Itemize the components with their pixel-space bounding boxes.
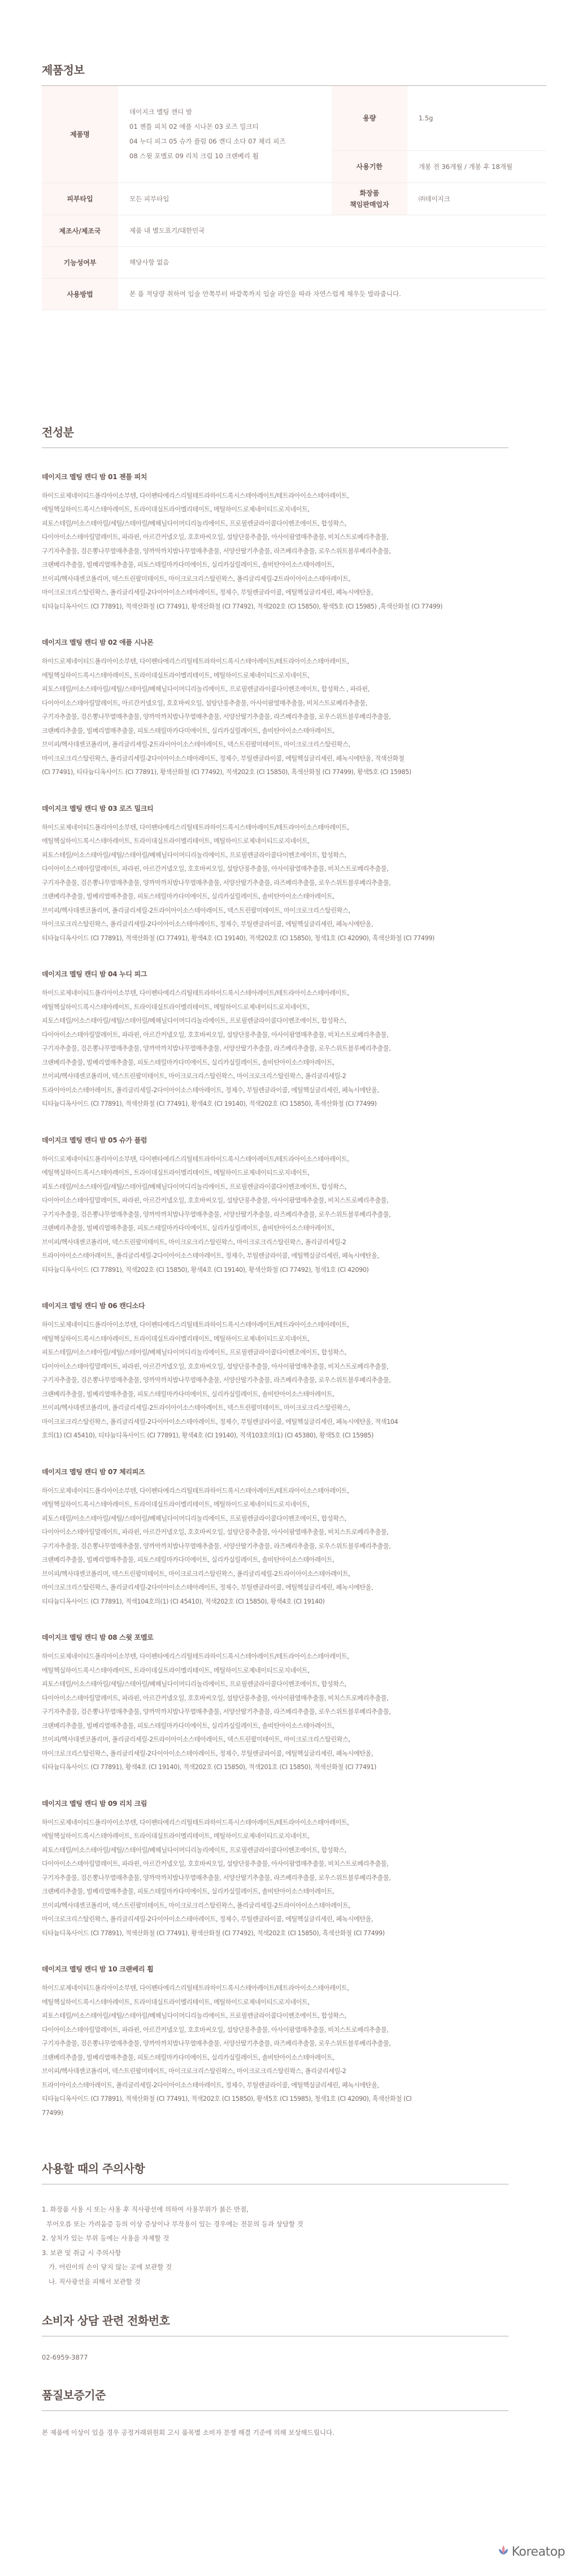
- ingredient-line: 다이아이소스테아릴말레이트, 파라핀, 아르간커넬오일, 호호바씨오일, 설탕단…: [42, 1857, 528, 1871]
- ingredient-line: 피토스테릴/이소스테아릴/세틸/스테아릴/베헤닐다이머디리놀리에이트, 프로필렌…: [42, 1346, 528, 1360]
- ingredient-list: 하이드로제네이티드폴리아이소부텐, 다이펜타에리스리틸테트라하이드록시스테아레이…: [42, 1484, 528, 1609]
- shade-name: 데이지크 멜팅 캔디 밤 01 젠틀 피치: [42, 472, 523, 481]
- ingredient-list: 하이드로제네이티드폴리아이소부텐, 다이펜타에리스리틸테트라하이드록시스테아레이…: [42, 655, 528, 780]
- caution-item: 가. 어린이의 손이 닿지 않는 곳에 보관할 것: [42, 2260, 523, 2275]
- shade-name: 데이지크 멜팅 캔디 밤 07 체리피즈: [42, 1467, 523, 1476]
- product-name-line: 01 젠틀 피치 02 애플 시나몬 03 로즈 밀크티: [129, 119, 320, 134]
- ingredient-line: 티타늄디옥사이드 (CI 77891), 황색4호 (CI 19140), 적색…: [42, 1761, 528, 1775]
- ingredient-line: 티타늄디옥사이드 (CI 77891), 적색산화철 (CI 77491), 황…: [42, 600, 528, 614]
- ingredient-line: 피토스테릴/이소스테아릴/세틸/스테아릴/베헤닐다이머디리놀리에이트, 프로필렌…: [42, 849, 528, 863]
- ingredient-line: 브이피/헥사데센코폴리머, 폴리글리세릴-2트라이아이소스테아레이트, 덱스트린…: [42, 904, 528, 918]
- volume-label: 용량: [332, 86, 407, 150]
- usage-value: 본 품 적당량 취하여 입술 안쪽부터 바깥쪽까지 입술 라인을 따라 자연스럽…: [118, 278, 546, 310]
- ingredient-line: 에틸헥실하이드록시스테아레이트, 트라이데실트라이멜리테이트, 메틸하이드로제네…: [42, 1830, 528, 1844]
- ingredient-line: 77499): [42, 2106, 528, 2121]
- product-name-value: 데이지크 멜팅 캔디 밤 01 젠틀 피치 02 애플 시나몬 03 로즈 밀크…: [118, 86, 332, 183]
- expiry-label: 사용기한: [332, 150, 407, 183]
- ingredient-line: 하이드로제네이티드폴리아이소부텐, 다이펜타에리스리틸테트라하이드록시스테아레이…: [42, 489, 528, 503]
- ingredient-line: 호의(1) (CI 45410), 티타늄디옥사이드 (CI 77891), 황…: [42, 1429, 528, 1443]
- ingredient-line: 구기자추출물, 검은뽕나무열매추출물, 양까막까치밥나무열매추출물, 서양산딸기…: [42, 710, 528, 724]
- seller-label-line: 책임판매업자: [332, 199, 407, 210]
- ingredient-line: 트라이아이소스테아레이트, 폴리글리세릴-2다이아이소스테아레이트, 정제수, …: [42, 1249, 528, 1263]
- skin-type-label: 피부타입: [42, 183, 118, 215]
- ingredient-line: 다이아이소스테아릴말레이트, 파라핀, 아르간커넬오일, 호호바씨오일, 설탕단…: [42, 2023, 528, 2038]
- ingredient-list: 하이드로제네이티드폴리아이소부텐, 다이펜타에리스리틸테트라하이드록시스테아레이…: [42, 987, 528, 1111]
- ingredient-line: 마이크로크리스탈린왁스, 폴리글리세릴-2다이아이소스테아레이트, 정제수, 부…: [42, 1747, 528, 1761]
- functional-value: 해당사항 없음: [118, 246, 546, 278]
- ingredient-line: 피토스테릴/이소스테아릴/세틸/스테아릴/베헤닐다이머디리놀리에이트, 프로필렌…: [42, 1014, 528, 1028]
- ingredient-line: 크랜베리추출물, 빌베리열매추출물, 피토스테릴마카다미에이트, 실리카실릴레이…: [42, 890, 528, 904]
- ingredient-line: 피토스테릴/이소스테아릴/세틸/스테아릴/베헤닐다이머디리놀리에이트, 프로필렌…: [42, 517, 528, 531]
- seller-value: ㈜데이지크: [407, 183, 546, 215]
- ingredient-line: 에틸헥실하이드록시스테아레이트, 트라이데실트라이멜리테이트, 메틸하이드로제네…: [42, 1166, 528, 1180]
- ingredient-line: 구기자추출물, 검은뽕나무열매추출물, 양까막까치밥나무열매추출물, 서양산딸기…: [42, 545, 528, 559]
- ingredient-line: 크랜베리추출물, 빌베리열매추출물, 피토스테릴마카다미에이트, 실리카실릴레이…: [42, 2051, 528, 2065]
- shade-ingredients: 데이지크 멜팅 캔디 밤 10 크랜베리 휩하이드로제네이티드폴리아이소부텐, …: [42, 1964, 523, 2120]
- ingredient-line: 하이드로제네이티드폴리아이소부텐, 다이펜타에리스리틸테트라하이드록시스테아레이…: [42, 987, 528, 1001]
- ingredient-line: 크랜베리추출물, 빌베리열매추출물, 피토스테릴마카다미에이트, 실리카실릴레이…: [42, 558, 528, 572]
- ingredient-list: 하이드로제네이티드폴리아이소부텐, 다이펜타에리스리틸테트라하이드록시스테아레이…: [42, 489, 528, 614]
- product-name-line: 08 스윗 포멜로 09 리치 크림 10 크랜베리 휩: [129, 149, 320, 163]
- ingredient-line: 티타늄디옥사이드 (CI 77891), 적색202호 (CI 15850), …: [42, 1263, 528, 1278]
- ingredient-line: 브이피/헥사데센코폴리머, 덱스트린팔미테이트, 마이크로크리스탈린왁스, 마이…: [42, 1236, 528, 1250]
- product-info-section: 제품정보 제품명 데이지크 멜팅 캔디 밤 01 젠틀 피치 02 애플 시나몬…: [42, 61, 523, 310]
- shade-ingredients: 데이지크 멜팅 캔디 밤 04 누디 피그하이드로제네이티드폴리아이소부텐, 다…: [42, 969, 523, 1111]
- ingredient-line: 에틸헥실하이드록시스테아레이트, 트라이데실트라이멜리테이트, 메틸하이드로제네…: [42, 1664, 528, 1678]
- ingredient-line: 브이피/헥사데센코폴리머, 덱스트린팔미테이트, 마이크로크리스탈린왁스, 마이…: [42, 1070, 528, 1084]
- ingredient-line: 다이아이소스테아릴말레이트, 파라핀, 아르간커넬오일, 호호바씨오일, 설탕단…: [42, 862, 528, 876]
- caution-item: 2. 상처가 있는 부위 등에는 사용을 자제할 것: [42, 2231, 523, 2246]
- seller-label: 화장품 책임판매업자: [332, 183, 407, 215]
- ingredient-list: 하이드로제네이티드폴리아이소부텐, 다이펜타에리스리틸테트라하이드록시스테아레이…: [42, 1816, 528, 1941]
- product-name-label: 제품명: [42, 86, 118, 183]
- ingredient-list: 하이드로제네이티드폴리아이소부텐, 다이펜타에리스리틸테트라하이드록시스테아레이…: [42, 1650, 528, 1775]
- ingredient-line: 피토스테릴/이소스테아릴/세틸/스테아릴/베헤닐다이머디리놀리에이트, 프로필렌…: [42, 1844, 528, 1858]
- ingredient-list: 하이드로제네이티드폴리아이소부텐, 다이펜타에리스리틸테트라하이드록시스테아레이…: [42, 1318, 528, 1443]
- contact-phone: 02-6959-3877: [42, 2353, 523, 2361]
- shade-name: 데이지크 멜팅 캔디 밤 10 크랜베리 휩: [42, 1964, 523, 1974]
- ingredient-line: 피토스테릴/이소스테아릴/세틸/스테아릴/베헤닐다이머디리놀리에이트, 프로필렌…: [42, 1678, 528, 1692]
- expiry-value: 개봉 전 36개월 / 개봉 후 18개월: [407, 150, 546, 183]
- ingredient-list: 하이드로제네이티드폴리아이소부텐, 다이펜타에리스리틸테트라하이드록시스테아레이…: [42, 821, 528, 946]
- koreatop-watermark: Koreatop: [497, 2544, 565, 2559]
- shade-ingredients: 데이지크 멜팅 캔디 밤 06 캔디소다하이드로제네이티드폴리아이소부텐, 다이…: [42, 1301, 523, 1443]
- ingredient-line: 브이피/헥사데센코폴리머, 덱스트린팔미테이트, 마이크로크리스탈린왁스, 마이…: [42, 2065, 528, 2079]
- usage-label: 사용방법: [42, 278, 118, 310]
- ingredient-line: 에틸헥실하이드록시스테아레이트, 트라이데실트라이멜리테이트, 메틸하이드로제네…: [42, 503, 528, 517]
- ingredient-line: 피토스테릴/이소스테아릴/세틸/스테아릴/베헤닐다이머디리놀리에이트, 프로필렌…: [42, 1180, 528, 1194]
- ingredient-line: 다이아이소스테아릴말레이트, 파라핀, 아르간커넬오일, 호호바씨오일, 설탕단…: [42, 1028, 528, 1042]
- ingredient-line: 다이아이소스테아릴말레이트, 파라핀, 아르간커넬오일, 호호바씨오일, 설탕단…: [42, 1194, 528, 1208]
- shade-name: 데이지크 멜팅 캔디 밤 05 슈가 플럼: [42, 1135, 523, 1145]
- lotus-icon: [497, 2544, 510, 2559]
- ingredient-line: 에틸헥실하이드록시스테아레이트, 트라이데실트라이멜리테이트, 메틸하이드로제네…: [42, 1996, 528, 2010]
- ingredient-line: 피토스테릴/이소스테아릴/세틸/스테아릴/베헤닐다이머디리놀리에이트, 프로필렌…: [42, 2009, 528, 2023]
- shade-ingredients: 데이지크 멜팅 캔디 밤 05 슈가 플럼하이드로제네이티드폴리아이소부텐, 다…: [42, 1135, 523, 1278]
- skin-type-value: 모든 피부타입: [118, 183, 332, 215]
- ingredient-line: 하이드로제네이티드폴리아이소부텐, 다이펜타에리스리틸테트라하이드록시스테아레이…: [42, 1318, 528, 1332]
- cautions-title: 사용할 때의 주의사항: [42, 2160, 523, 2176]
- ingredient-line: 하이드로제네이티드폴리아이소부텐, 다이펜타에리스리틸테트라하이드록시스테아레이…: [42, 655, 528, 669]
- ingredient-line: 크랜베리추출물, 빌베리열매추출물, 피토스테릴마카다미에이트, 실리카실릴레이…: [42, 1056, 528, 1070]
- divider: [42, 2184, 508, 2184]
- ingredient-line: 하이드로제네이티드폴리아이소부텐, 다이펜타에리스리틸테트라하이드록시스테아레이…: [42, 821, 528, 835]
- shade-ingredients: 데이지크 멜팅 캔디 밤 09 리치 크림하이드로제네이티드폴리아이소부텐, 다…: [42, 1799, 523, 1941]
- shade-list: 데이지크 멜팅 캔디 밤 01 젠틀 피치하이드로제네이티드폴리아이소부텐, 다…: [42, 472, 523, 2121]
- ingredient-line: 브이피/헥사데센코폴리머, 폴리글리세릴-2트라이아이소스테아레이트, 덱스트린…: [42, 1401, 528, 1415]
- ingredient-line: 티타늄디옥사이드 (CI 77891), 적색산화철 (CI 77491), 적…: [42, 2092, 528, 2106]
- ingredient-line: 에틸헥실하이드록시스테아레이트, 트라이데실트라이멜리테이트, 메틸하이드로제네…: [42, 1332, 528, 1346]
- ingredient-line: 구기자추출물, 검은뽕나무열매추출물, 양까막까치밥나무열매추출물, 서양산딸기…: [42, 2037, 528, 2051]
- ingredient-list: 하이드로제네이티드폴리아이소부텐, 다이펜타에리스리틸테트라하이드록시스테아레이…: [42, 1153, 528, 1278]
- ingredient-line: 티타늄디옥사이드 (CI 77891), 적색104호의(1) (CI 4541…: [42, 1595, 528, 1609]
- product-info-title: 제품정보: [42, 61, 523, 77]
- ingredient-line: 다이아이소스테아릴말레이트, 파라핀, 아르간커넬오일, 호호바씨오일, 설탕단…: [42, 531, 528, 545]
- cautions-section: 사용할 때의 주의사항 1. 화장품 사용 시 또는 사용 후 직사광선에 의하…: [42, 2160, 523, 2289]
- ingredient-line: 에틸헥실하이드록시스테아레이트, 트라이데실트라이멜리테이트, 메틸하이드로제네…: [42, 1001, 528, 1015]
- ingredient-line: 구기자추출물, 검은뽕나무열매추출물, 양까막까치밥나무열매추출물, 서양산딸기…: [42, 1540, 528, 1554]
- ingredient-line: 구기자추출물, 검은뽕나무열매추출물, 양까막까치밥나무열매추출물, 서양산딸기…: [42, 1208, 528, 1222]
- ingredient-line: 마이크로크리스탈린왁스, 폴리글리세릴-2다이아이소스테아레이트, 정제수, 부…: [42, 1913, 528, 1927]
- ingredient-line: 트라이아이소스테아레이트, 폴리글리세릴-2다이아이소스테아레이트, 정제수, …: [42, 2079, 528, 2093]
- shade-name: 데이지크 멜팅 캔디 밤 03 로즈 밀크티: [42, 803, 523, 813]
- caution-item: 나. 직사광선을 피해서 보관할 것: [42, 2275, 523, 2290]
- brand-text: Koreatop: [512, 2545, 565, 2559]
- contact-title: 소비자 상담 관련 전화번호: [42, 2312, 523, 2328]
- ingredient-line: 크랜베리추출물, 빌베리열매추출물, 피토스테릴마카다미에이트, 실리카실릴레이…: [42, 1719, 528, 1734]
- ingredient-line: 티타늄디옥사이드 (CI 77891), 적색산화철 (CI 77491), 황…: [42, 1927, 528, 1941]
- ingredient-line: 브이피/헥사데센코폴리머, 덱스트린팔미테이트, 마이크로크리스탈린왁스, 폴리…: [42, 572, 528, 587]
- ingredients-section: 전성분 데이지크 멜팅 캔디 밤 01 젠틀 피치하이드로제네이티드폴리아이소부…: [42, 423, 523, 2121]
- ingredient-line: 구기자추출물, 검은뽕나무열매추출물, 양까막까치밥나무열매추출물, 서양산딸기…: [42, 1705, 528, 1719]
- ingredient-line: 마이크로크리스탈린왁스, 폴리글리세릴-2다이아이소스테아레이트, 정제수, 부…: [42, 1415, 528, 1430]
- ingredient-line: 구기자추출물, 검은뽕나무열매추출물, 양까막까치밥나무열매추출물, 서양산딸기…: [42, 876, 528, 890]
- ingredient-line: 에틸헥실하이드록시스테아레이트, 트라이데실트라이멜리테이트, 메틸하이드로제네…: [42, 669, 528, 683]
- maker-value: 제품 내 별도표기/대한민국: [118, 215, 546, 246]
- ingredient-line: 크랜베리추출물, 빌베리열매추출물, 피토스테릴마카다미에이트, 실리카실릴레이…: [42, 1388, 528, 1402]
- shade-ingredients: 데이지크 멜팅 캔디 밤 02 애플 시나몬하이드로제네이티드폴리아이소부텐, …: [42, 637, 523, 780]
- ingredient-line: 마이크로크리스탈린왁스, 폴리글리세릴-2다이아이소스테아레이트, 정제수, 부…: [42, 752, 528, 766]
- volume-value: 1.5g: [407, 86, 546, 150]
- shade-ingredients: 데이지크 멜팅 캔디 밤 03 로즈 밀크티하이드로제네이티드폴리아이소부텐, …: [42, 803, 523, 946]
- ingredient-line: 크랜베리추출물, 빌베리열매추출물, 피토스테릴마카다미에이트, 실리카실릴레이…: [42, 1222, 528, 1236]
- functional-label: 기능성여부: [42, 246, 118, 278]
- ingredient-line: 다이아이소스테아릴말레이트, 파라핀, 아르간커넬오일, 호호바씨오일, 설탕단…: [42, 1360, 528, 1374]
- ingredient-line: 다이아이소스테아릴말레이트, 파라핀, 아르간커넬오일, 호호바씨오일, 설탕단…: [42, 1526, 528, 1540]
- contact-section: 소비자 상담 관련 전화번호 02-6959-3877: [42, 2312, 523, 2361]
- ingredient-list: 하이드로제네이티드폴리아이소부텐, 다이펜타에리스리틸테트라하이드록시스테아레이…: [42, 1982, 528, 2120]
- ingredient-line: 하이드로제네이티드폴리아이소부텐, 다이펜타에리스리틸테트라하이드록시스테아레이…: [42, 1484, 528, 1498]
- ingredient-line: 마이크로크리스탈린왁스, 폴리글리세릴-2다이아이소스테아레이트, 정제수, 부…: [42, 918, 528, 932]
- ingredient-line: 구기자추출물, 검은뽕나무열매추출물, 양까막까치밥나무열매추출물, 서양산딸기…: [42, 1374, 528, 1388]
- caution-list: 1. 화장품 사용 시 또는 사용 후 직사광선에 의하여 사용부위가 붉은 반…: [42, 2203, 523, 2289]
- ingredient-line: 티타늄디옥사이드 (CI 77891), 적색산화철 (CI 77491), 황…: [42, 1097, 528, 1111]
- shade-ingredients: 데이지크 멜팅 캔디 밤 07 체리피즈하이드로제네이티드폴리아이소부텐, 다이…: [42, 1467, 523, 1609]
- divider: [42, 2336, 508, 2336]
- divider: [42, 448, 508, 448]
- ingredient-line: 다이아이소스테아릴말레이트, 파라핀, 아르간커넬오일, 호호바씨오일, 설탕단…: [42, 1692, 528, 1706]
- ingredient-line: 마이크로크리스탈린왁스, 폴리글리세릴-2다이아이소스테아레이트, 정제수, 부…: [42, 586, 528, 600]
- ingredient-line: 구기자추출물, 검은뽕나무열매추출물, 양까막까치밥나무열매추출물, 서양산딸기…: [42, 1042, 528, 1056]
- ingredient-line: 트라이아이소스테아레이트, 폴리글리세릴-2다이아이소스테아레이트, 정제수, …: [42, 1084, 528, 1098]
- shade-ingredients: 데이지크 멜팅 캔디 밤 01 젠틀 피치하이드로제네이티드폴리아이소부텐, 다…: [42, 472, 523, 614]
- ingredient-line: (CI 77491), 티타늄디옥사이드 (CI 77891), 황색산화철 (…: [42, 766, 528, 780]
- ingredient-line: 브이피/헥사데센코폴리머, 덱스트린팔미테이트, 마이크로크리스탈린왁스, 폴리…: [42, 1899, 528, 1913]
- seller-label-line: 화장품: [332, 188, 407, 199]
- caution-item: 3. 보관 및 취급 시 주의사항: [42, 2246, 523, 2261]
- caution-item: 1. 화장품 사용 시 또는 사용 후 직사광선에 의하여 사용부위가 붉은 반…: [42, 2203, 523, 2217]
- maker-label: 제조사/제조국: [42, 215, 118, 246]
- product-name-line: 데이지크 멜팅 캔디 밤: [129, 105, 320, 119]
- shade-name: 데이지크 멜팅 캔디 밤 08 스윗 포멜로: [42, 1632, 523, 1642]
- ingredient-line: 피토스테릴/이소스테아릴/세틸/스테아릴/베헤닐다이머디리놀리에이트, 프로필렌…: [42, 1512, 528, 1526]
- caution-item: 부어오름 또는 가려움증 등의 이상 증상이나 부작용이 있는 경우에는 전문의…: [42, 2217, 523, 2232]
- product-info-table: 제품명 데이지크 멜팅 캔디 밤 01 젠틀 피치 02 애플 시나몬 03 로…: [42, 86, 546, 310]
- shade-name: 데이지크 멜팅 캔디 밤 04 누디 피그: [42, 969, 523, 979]
- ingredient-line: 구기자추출물, 검은뽕나무열매추출물, 양까막까치밥나무열매추출물, 서양산딸기…: [42, 1871, 528, 1886]
- ingredients-title: 전성분: [42, 423, 523, 440]
- ingredient-line: 마이크로크리스탈린왁스, 폴리글리세릴-2다이아이소스테아레이트, 정제수, 부…: [42, 1581, 528, 1595]
- ingredient-line: 크랜베리추출물, 빌베리열매추출물, 피토스테릴마카다미에이트, 실리카실릴레이…: [42, 724, 528, 739]
- shade-ingredients: 데이지크 멜팅 캔디 밤 08 스윗 포멜로하이드로제네이티드폴리아이소부텐, …: [42, 1632, 523, 1775]
- shade-name: 데이지크 멜팅 캔디 밤 02 애플 시나몬: [42, 637, 523, 647]
- ingredient-line: 하이드로제네이티드폴리아이소부텐, 다이펜타에리스리틸테트라하이드록시스테아레이…: [42, 1153, 528, 1167]
- ingredient-line: 에틸헥실하이드록시스테아레이트, 트라이데실트라이멜리테이트, 메틸하이드로제네…: [42, 835, 528, 849]
- product-name-line: 04 누디 피그 05 슈가 플럼 06 캔디 소다 07 체리 피즈: [129, 134, 320, 149]
- ingredient-line: 하이드로제네이티드폴리아이소부텐, 다이펜타에리스리틸테트라하이드록시스테아레이…: [42, 1816, 528, 1830]
- divider: [42, 2410, 508, 2411]
- shade-name: 데이지크 멜팅 캔디 밤 09 리치 크림: [42, 1799, 523, 1808]
- quality-text: 본 제품에 이상이 있을 경우 공정거래위원회 고시 품목별 소비자 분쟁 해결…: [42, 2428, 523, 2437]
- ingredient-line: 티타늄디옥사이드 (CI 77891), 적색산화철 (CI 77491), 황…: [42, 932, 528, 946]
- ingredient-line: 하이드로제네이티드폴리아이소부텐, 다이펜타에리스리틸테트라하이드록시스테아레이…: [42, 1650, 528, 1664]
- shade-name: 데이지크 멜팅 캔디 밤 06 캔디소다: [42, 1301, 523, 1310]
- quality-title: 품질보증기준: [42, 2386, 523, 2403]
- ingredient-line: 다이아이소스테아릴말레이트, 아르간커넬오일, 호호바씨오일, 설탕단풍추출물,…: [42, 697, 528, 711]
- ingredient-line: 피토스테릴/이소스테아릴/세틸/스테아릴/베헤닐다이머디리놀리에이트, 프로필렌…: [42, 683, 528, 697]
- ingredient-line: 브이피/헥사데센코폴리머, 폴리글리세릴-2트라이아이소스테아레이트, 덱스트린…: [42, 1733, 528, 1747]
- ingredient-line: 크랜베리추출물, 빌베리열매추출물, 피토스테릴마카다미에이트, 실리카실릴레이…: [42, 1885, 528, 1899]
- quality-section: 품질보증기준 본 제품에 이상이 있을 경우 공정거래위원회 고시 품목별 소비…: [42, 2386, 523, 2437]
- ingredient-line: 크랜베리추출물, 빌베리열매추출물, 피토스테릴마카다미에이트, 실리카실릴레이…: [42, 1553, 528, 1567]
- ingredient-line: 브이피/헥사데센코폴리머, 덱스트린팔미테이트, 마이크로크리스탈린왁스, 폴리…: [42, 1567, 528, 1582]
- ingredient-line: 하이드로제네이티드폴리아이소부텐, 다이펜타에리스리틸테트라하이드록시스테아레이…: [42, 1982, 528, 1996]
- ingredient-line: 브이피/헥사데센코폴리머, 폴리글리세릴-2트라이아이소스테아레이트, 덱스트린…: [42, 738, 528, 752]
- ingredient-line: 에틸헥실하이드록시스테아레이트, 트라이데실트라이멜리테이트, 메틸하이드로제네…: [42, 1498, 528, 1512]
